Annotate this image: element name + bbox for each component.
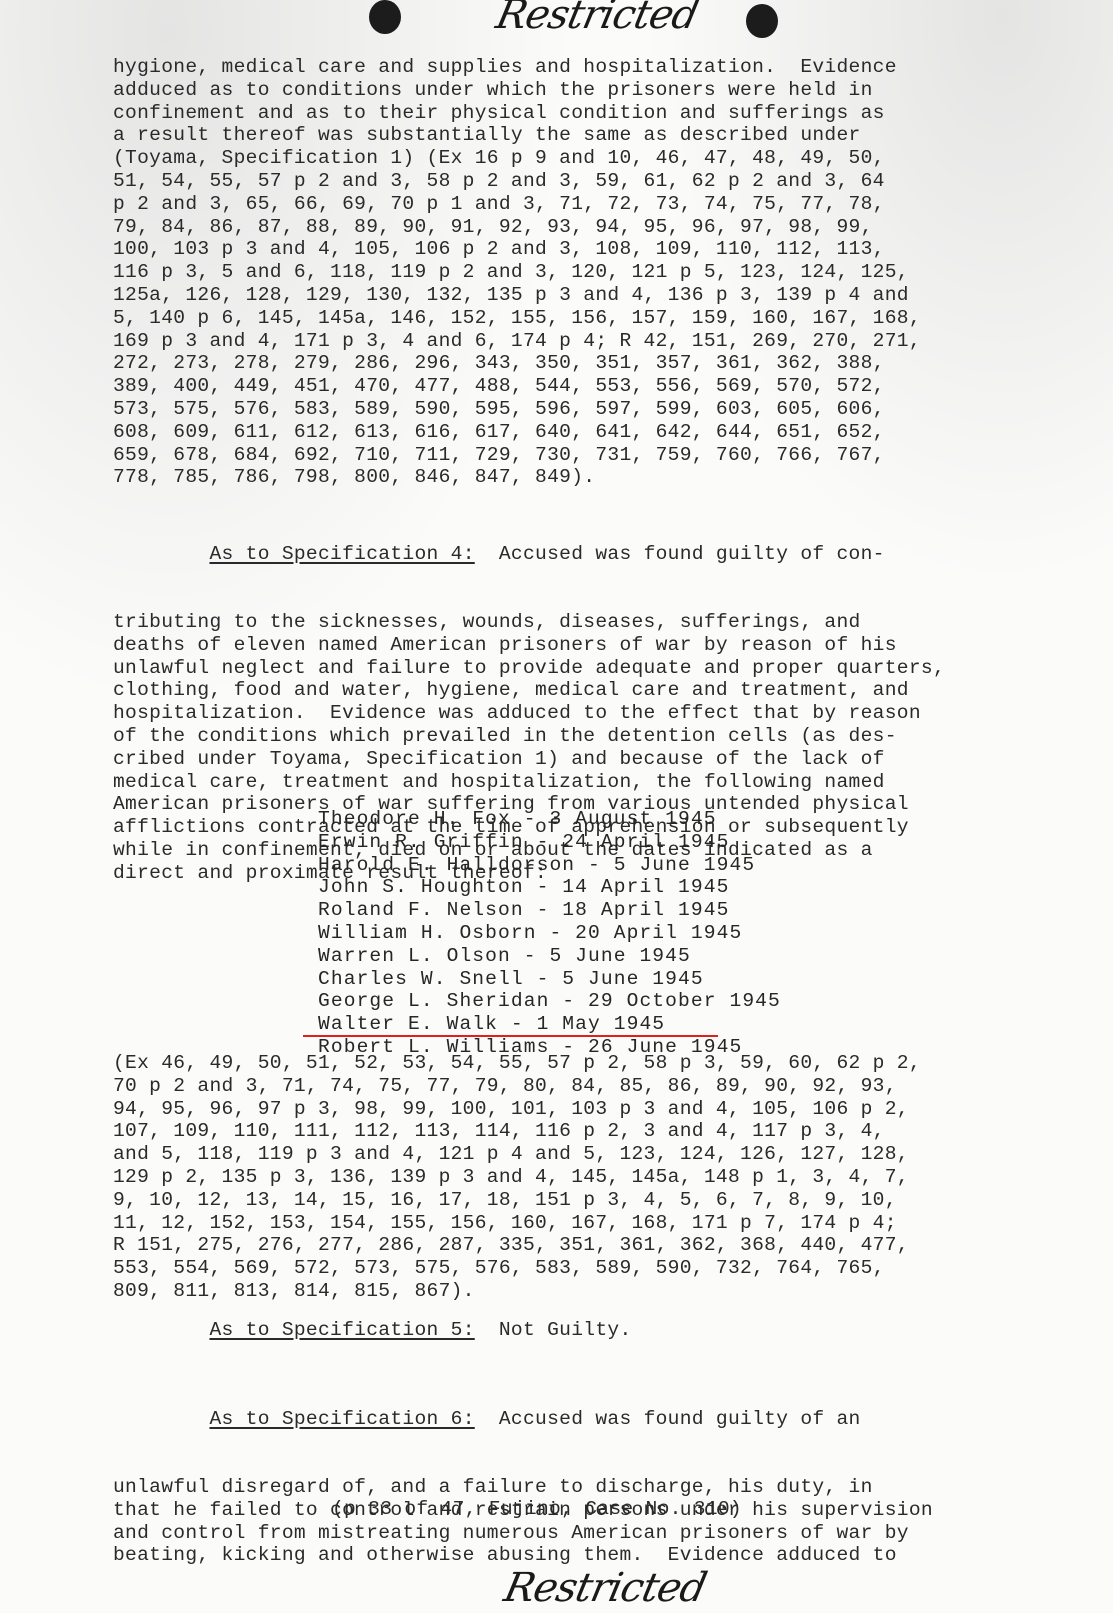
text-line: R 151, 275, 276, 277, 286, 287, 335, 351… — [113, 1234, 921, 1257]
text-line: 608, 609, 611, 612, 613, 616, 617, 640, … — [113, 421, 921, 444]
text-line: 100, 103 p 3 and 4, 105, 106 p 2 and 3, … — [113, 238, 921, 261]
text-line: 129 p 2, 135 p 3, 136, 139 p 3 and 4, 14… — [113, 1166, 921, 1189]
text-line: 272, 273, 278, 279, 286, 296, 343, 350, … — [113, 352, 921, 375]
text-line: clothing, food and water, hygiene, medic… — [113, 679, 945, 702]
exhibit-references-paragraph: (Ex 46, 49, 50, 51, 52, 53, 54, 55, 57 p… — [113, 1052, 921, 1303]
text-line: 659, 678, 684, 692, 710, 711, 729, 730, … — [113, 444, 921, 467]
deceased-entry: Harold E. Halldorson - 5 June 1945 — [318, 854, 781, 877]
text-line: of the conditions which prevailed in the… — [113, 725, 945, 748]
text-line: adduced as to conditions under which the… — [113, 79, 921, 102]
punch-hole-left — [369, 0, 401, 34]
evidence-paragraph: hygione, medical care and supplies and h… — [113, 56, 921, 489]
specification-5-verdict: Not Guilty. — [475, 1319, 632, 1341]
specification-5-paragraph: As to Specification 5: Not Guilty. — [113, 1319, 632, 1342]
text-line: (Toyama, Specification 1) (Ex 16 p 9 and… — [113, 147, 921, 170]
text-line: and control from mistreating numerous Am… — [113, 1522, 933, 1545]
text-line: hospitalization. Evidence was adduced to… — [113, 702, 945, 725]
specification-4-heading: As to Specification 4: — [209, 543, 474, 565]
deceased-entry: Walter E. Walk - 1 May 1945 — [318, 1013, 781, 1036]
punch-hole-right — [746, 4, 778, 38]
document-page: Restricted hygione, medical care and sup… — [0, 0, 1113, 1613]
text-line: 125a, 126, 128, 129, 130, 132, 135 p 3 a… — [113, 284, 921, 307]
specification-6-first-line: As to Specification 6: Accused was found… — [113, 1408, 933, 1431]
text-line: a result thereof was substantially the s… — [113, 124, 921, 147]
text-line: 94, 95, 96, 97 p 3, 98, 99, 100, 101, 10… — [113, 1098, 921, 1121]
text-line: 573, 575, 576, 583, 589, 590, 595, 596, … — [113, 398, 921, 421]
text-line: 11, 12, 152, 153, 154, 155, 156, 160, 16… — [113, 1212, 921, 1235]
text-line: deaths of eleven named American prisoner… — [113, 634, 945, 657]
text-line: 553, 554, 569, 572, 573, 575, 576, 583, … — [113, 1257, 921, 1280]
text-line: medical care, treatment and hospitalizat… — [113, 771, 945, 794]
text-line: confinement and as to their physical con… — [113, 102, 921, 125]
text-line: 5, 140 p 6, 145, 145a, 146, 152, 155, 15… — [113, 307, 921, 330]
text-line: 778, 785, 786, 798, 800, 846, 847, 849). — [113, 466, 921, 489]
deceased-entry: William H. Osborn - 20 April 1945 — [318, 922, 781, 945]
text-line: 51, 54, 55, 57 p 2 and 3, 58 p 2 and 3, … — [113, 170, 921, 193]
text-line: 107, 109, 110, 111, 112, 113, 114, 116 p… — [113, 1120, 921, 1143]
highlight-underline — [303, 1035, 718, 1037]
deceased-entry: Theodore H. Fox - 3 August 1945 — [318, 808, 781, 831]
text-line: and 5, 118, 119 p 3 and 4, 121 p 4 and 5… — [113, 1143, 921, 1166]
text-line: 116 p 3, 5 and 6, 118, 119 p 2 and 3, 12… — [113, 261, 921, 284]
text-line: (Ex 46, 49, 50, 51, 52, 53, 54, 55, 57 p… — [113, 1052, 921, 1075]
text-line: cribed under Toyama, Specification 1) an… — [113, 748, 945, 771]
text-line: beating, kicking and otherwise abusing t… — [113, 1544, 933, 1567]
text-line: unlawful neglect and failure to provide … — [113, 657, 945, 680]
specification-6-intro: Accused was found guilty of an — [475, 1408, 861, 1430]
text-line: hygione, medical care and supplies and h… — [113, 56, 921, 79]
deceased-entry: John S. Houghton - 14 April 1945 — [318, 876, 781, 899]
text-line: 70 p 2 and 3, 71, 74, 75, 77, 79, 80, 84… — [113, 1075, 921, 1098]
deceased-entry: Erwin R. Griffin - 24 April 1945 — [318, 831, 781, 854]
specification-4-intro: Accused was found guilty of con- — [475, 543, 885, 565]
text-line: p 2 and 3, 65, 66, 69, 70 p 1 and 3, 71,… — [113, 193, 921, 216]
text-line: 169 p 3 and 4, 171 p 3, 4 and 6, 174 p 4… — [113, 330, 921, 353]
specification-5-heading: As to Specification 5: — [209, 1319, 474, 1341]
specification-4-first-line: As to Specification 4: Accused was found… — [113, 543, 945, 566]
specification-6-heading: As to Specification 6: — [209, 1408, 474, 1430]
deceased-entry: George L. Sheridan - 29 October 1945 — [318, 990, 781, 1013]
deceased-list: Theodore H. Fox - 3 August 1945Erwin R. … — [318, 808, 781, 1059]
text-line: unlawful disregard of, and a failure to … — [113, 1476, 933, 1499]
restricted-stamp-bottom: Restricted — [500, 1565, 710, 1611]
deceased-entry: Warren L. Olson - 5 June 1945 — [318, 945, 781, 968]
text-line: tributing to the sicknesses, wounds, dis… — [113, 611, 945, 634]
deceased-entry: Charles W. Snell - 5 June 1945 — [318, 968, 781, 991]
specification-6-body: unlawful disregard of, and a failure to … — [113, 1476, 933, 1567]
text-line: 809, 811, 813, 814, 815, 867). — [113, 1280, 921, 1303]
deceased-entry: Roland F. Nelson - 18 April 1945 — [318, 899, 781, 922]
text-line: 79, 84, 86, 87, 88, 89, 90, 91, 92, 93, … — [113, 216, 921, 239]
restricted-stamp-top: Restricted — [492, 0, 702, 38]
text-line: 9, 10, 12, 13, 14, 15, 16, 17, 18, 151 p… — [113, 1189, 921, 1212]
page-footer: (p 33 of 47, Fujino, Case No. 310) — [332, 1498, 742, 1521]
text-line: 389, 400, 449, 451, 470, 477, 488, 544, … — [113, 375, 921, 398]
